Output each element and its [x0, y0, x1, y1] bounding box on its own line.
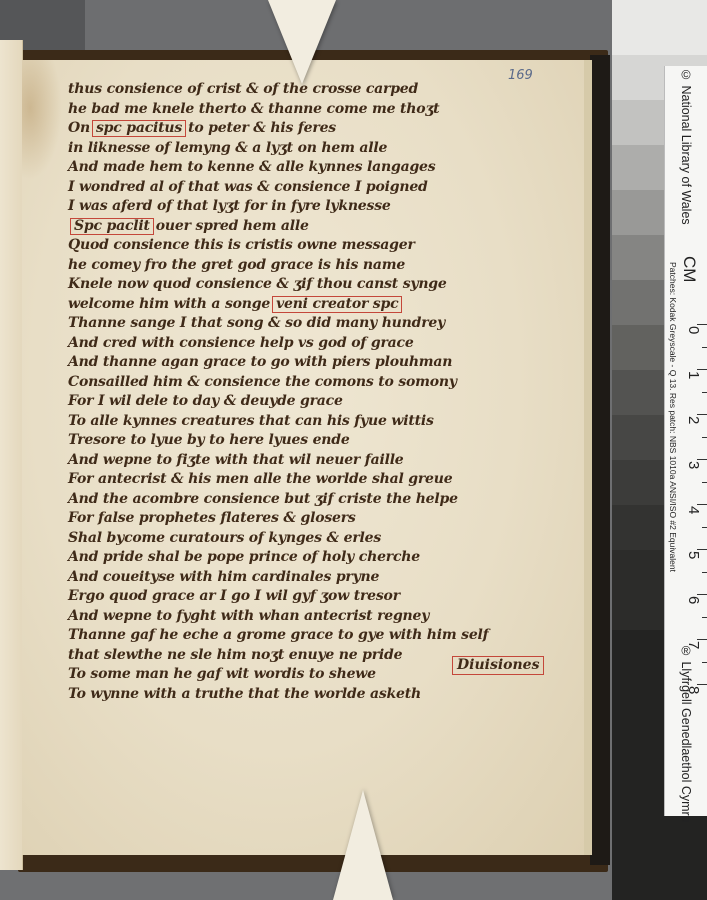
- bone-folder-top: [268, 0, 336, 84]
- line-text: I wondred al of that was & consience I p…: [68, 179, 428, 195]
- line-text: To some man he gaf wit wordis to shewe: [68, 666, 376, 682]
- manuscript-line: he comey fro the gret god grace is his n…: [68, 256, 568, 276]
- manuscript-line: And the acombre consience but ʒif criste…: [68, 490, 568, 510]
- manuscript-line: Thanne gaf he eche a grome grace to gye …: [68, 626, 568, 646]
- line-text: On: [68, 120, 90, 136]
- ruler-tick: [697, 369, 707, 370]
- line-text: And pride shal be pope prince of holy ch…: [68, 549, 420, 565]
- manuscript-line: For antecrist & his men alle the worlde …: [68, 470, 568, 490]
- manuscript-line: Knele now quod consience & ʒif thou cans…: [68, 275, 568, 295]
- ruler-tick: [697, 549, 707, 550]
- line-text: Thanne sange I that song & so did many h…: [68, 315, 445, 331]
- line-text: Tresore to lyue by to here lyues ende: [68, 432, 350, 448]
- manuscript-line: And wepne to fiʒte with that wil neuer f…: [68, 451, 568, 471]
- rubric-box: veni creator spc: [272, 296, 402, 313]
- patch-info: Patches: Kodak Greyscale - Q 13. Res pat…: [668, 262, 678, 572]
- line-text: And the acombre consience but ʒif criste…: [68, 491, 458, 507]
- scale-ruler-card: © National Library of Wales CM Patches: …: [664, 66, 707, 816]
- manuscript-line: Quod consience this is cristis owne mess…: [68, 236, 568, 256]
- ruler-number: 3: [685, 461, 702, 469]
- ruler-tick: [697, 594, 707, 595]
- line-text: I was aferd of that lyʒt for in fyre lyk…: [68, 198, 391, 214]
- margin-rubric: Diuisiones: [452, 656, 544, 675]
- manuscript-line: Spc paclitouer spred hem alle: [68, 217, 568, 237]
- line-text: For false prophetes flateres & glosers: [68, 510, 356, 526]
- line-text: For I wil dele to day & deuyde grace: [68, 393, 343, 409]
- manuscript-line: Ergo quod grace ar I go I wil gyf ʒow tr…: [68, 587, 568, 607]
- line-text: in liknesse of lemyng & a lyʒt on hem al…: [68, 140, 387, 156]
- ruler-number: 4: [685, 506, 702, 514]
- ruler-tick-minor: [702, 572, 707, 573]
- ruler-tick: [697, 504, 707, 505]
- line-text: to peter & his feres: [188, 120, 336, 136]
- line-text: Ergo quod grace ar I go I wil gyf ʒow tr…: [68, 588, 400, 604]
- ruler-tick-minor: [702, 617, 707, 618]
- ruler-tick-minor: [702, 437, 707, 438]
- line-text: And coueityse with him cardinales pryne: [68, 569, 379, 585]
- line-text: Knele now quod consience & ʒif thou cans…: [68, 276, 447, 292]
- book-cover-edge: [590, 55, 610, 865]
- line-text: he bad me knele therto & thanne come me …: [68, 101, 439, 117]
- ruler-tick-minor: [702, 662, 707, 663]
- line-text: And made hem to kenne & alle kynnes lang…: [68, 159, 435, 175]
- left-flyleaf: [0, 40, 23, 870]
- line-text: he comey fro the gret god grace is his n…: [68, 257, 405, 273]
- line-text: Quod consience this is cristis owne mess…: [68, 237, 415, 253]
- line-text: welcome him with a songe: [68, 296, 270, 312]
- line-text: thus consience of crist & of the crosse …: [68, 81, 418, 97]
- manuscript-line: Onspc pacitusto peter & his feres: [68, 119, 568, 139]
- ruler-tick: [697, 324, 707, 325]
- ruler-tick-minor: [702, 392, 707, 393]
- ruler-number: 2: [685, 416, 702, 424]
- ruler-number: 1: [685, 371, 702, 379]
- manuscript-line: I was aferd of that lyʒt for in fyre lyk…: [68, 197, 568, 217]
- line-text: To alle kynnes creatures that can his fy…: [68, 413, 434, 429]
- manuscript-line: And wepne to fyght with whan antecrist r…: [68, 607, 568, 627]
- line-text: And thanne agan grace to go with piers p…: [68, 354, 452, 370]
- line-text: And cred with consience help vs god of g…: [68, 335, 414, 351]
- manuscript-line: And coueityse with him cardinales pryne: [68, 568, 568, 588]
- ruler-tick: [697, 684, 707, 685]
- rubric-box: spc pacitus: [92, 120, 186, 137]
- copyright-welsh-label: ® Llyfrgell Genedlaethol Cymru: [679, 644, 693, 823]
- manuscript-line: To wynne with a truthe that the worlde a…: [68, 685, 568, 705]
- manuscript-line: welcome him with a songeveni creator spc: [68, 295, 568, 315]
- line-text: that slewthe ne sle him noʒt enuye ne pr…: [68, 647, 402, 663]
- line-text: Thanne gaf he eche a grome grace to gye …: [68, 627, 489, 643]
- water-stain: [22, 60, 62, 180]
- cm-label: CM: [679, 256, 699, 282]
- manuscript-line: Shal bycome curatours of kynges & erles: [68, 529, 568, 549]
- manuscript-line: he bad me knele therto & thanne come me …: [68, 100, 568, 120]
- line-text: For antecrist & his men alle the worlde …: [68, 471, 452, 487]
- ruler-tick-minor: [702, 347, 707, 348]
- line-text: And wepne to fyght with whan antecrist r…: [68, 608, 429, 624]
- ruler-tick: [697, 459, 707, 460]
- rubric-box: Spc paclit: [70, 218, 154, 235]
- manuscript-line: And made hem to kenne & alle kynnes lang…: [68, 158, 568, 178]
- manuscript-line: I wondred al of that was & consience I p…: [68, 178, 568, 198]
- manuscript-line: And thanne agan grace to go with piers p…: [68, 353, 568, 373]
- line-text: Consailled him & consience the comons to…: [68, 374, 457, 390]
- manuscript-line: And cred with consience help vs god of g…: [68, 334, 568, 354]
- manuscript-line: Consailled him & consience the comons to…: [68, 373, 568, 393]
- ruler-tick-minor: [702, 527, 707, 528]
- manuscript-line: in liknesse of lemyng & a lyʒt on hem al…: [68, 139, 568, 159]
- line-text: ouer spred hem alle: [156, 218, 309, 234]
- manuscript-line: To alle kynnes creatures that can his fy…: [68, 412, 568, 432]
- manuscript-line: And pride shal be pope prince of holy ch…: [68, 548, 568, 568]
- ruler-number: 6: [685, 596, 702, 604]
- grey-patch: [612, 0, 707, 55]
- ruler-tick-minor: [702, 482, 707, 483]
- line-text: Shal bycome curatours of kynges & erles: [68, 530, 381, 546]
- ruler-tick: [697, 639, 707, 640]
- line-text: To wynne with a truthe that the worlde a…: [68, 686, 421, 702]
- copyright-label: © National Library of Wales: [679, 68, 693, 225]
- line-text: And wepne to fiʒte with that wil neuer f…: [68, 452, 404, 468]
- ruler-number: 0: [685, 326, 702, 334]
- ruler-tick: [697, 414, 707, 415]
- manuscript-line: For false prophetes flateres & glosers: [68, 509, 568, 529]
- manuscript-text-block: thus consience of crist & of the crosse …: [68, 80, 568, 704]
- manuscript-line: Thanne sange I that song & so did many h…: [68, 314, 568, 334]
- bone-folder-bottom: [333, 790, 393, 900]
- manuscript-line: Tresore to lyue by to here lyues ende: [68, 431, 568, 451]
- manuscript-line: For I wil dele to day & deuyde grace: [68, 392, 568, 412]
- ruler-number: 5: [685, 551, 702, 559]
